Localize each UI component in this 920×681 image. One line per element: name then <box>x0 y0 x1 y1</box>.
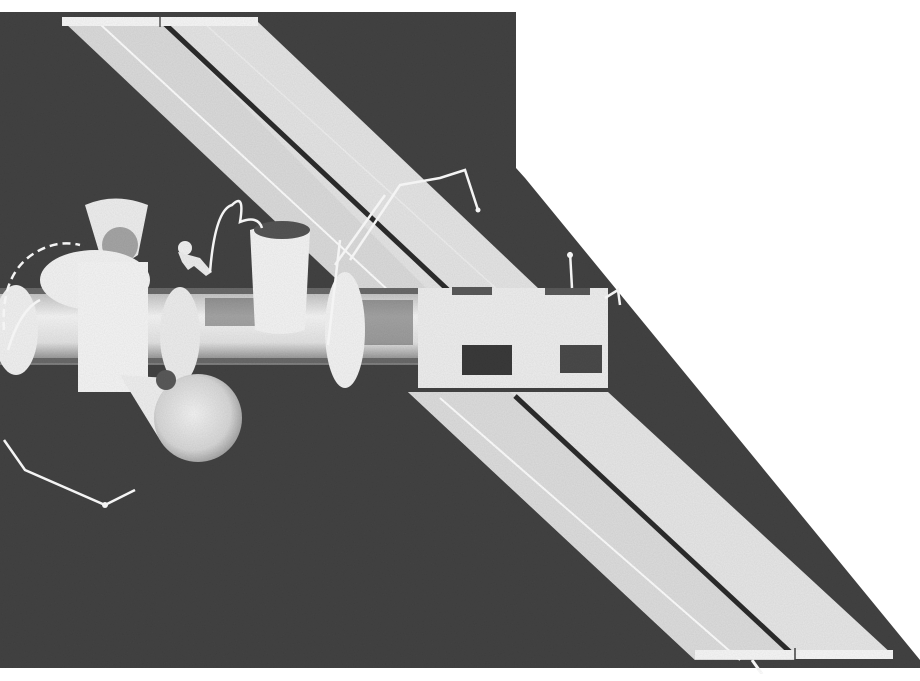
upper-cylinder-module <box>250 221 310 334</box>
space-station-photo <box>0 0 920 681</box>
